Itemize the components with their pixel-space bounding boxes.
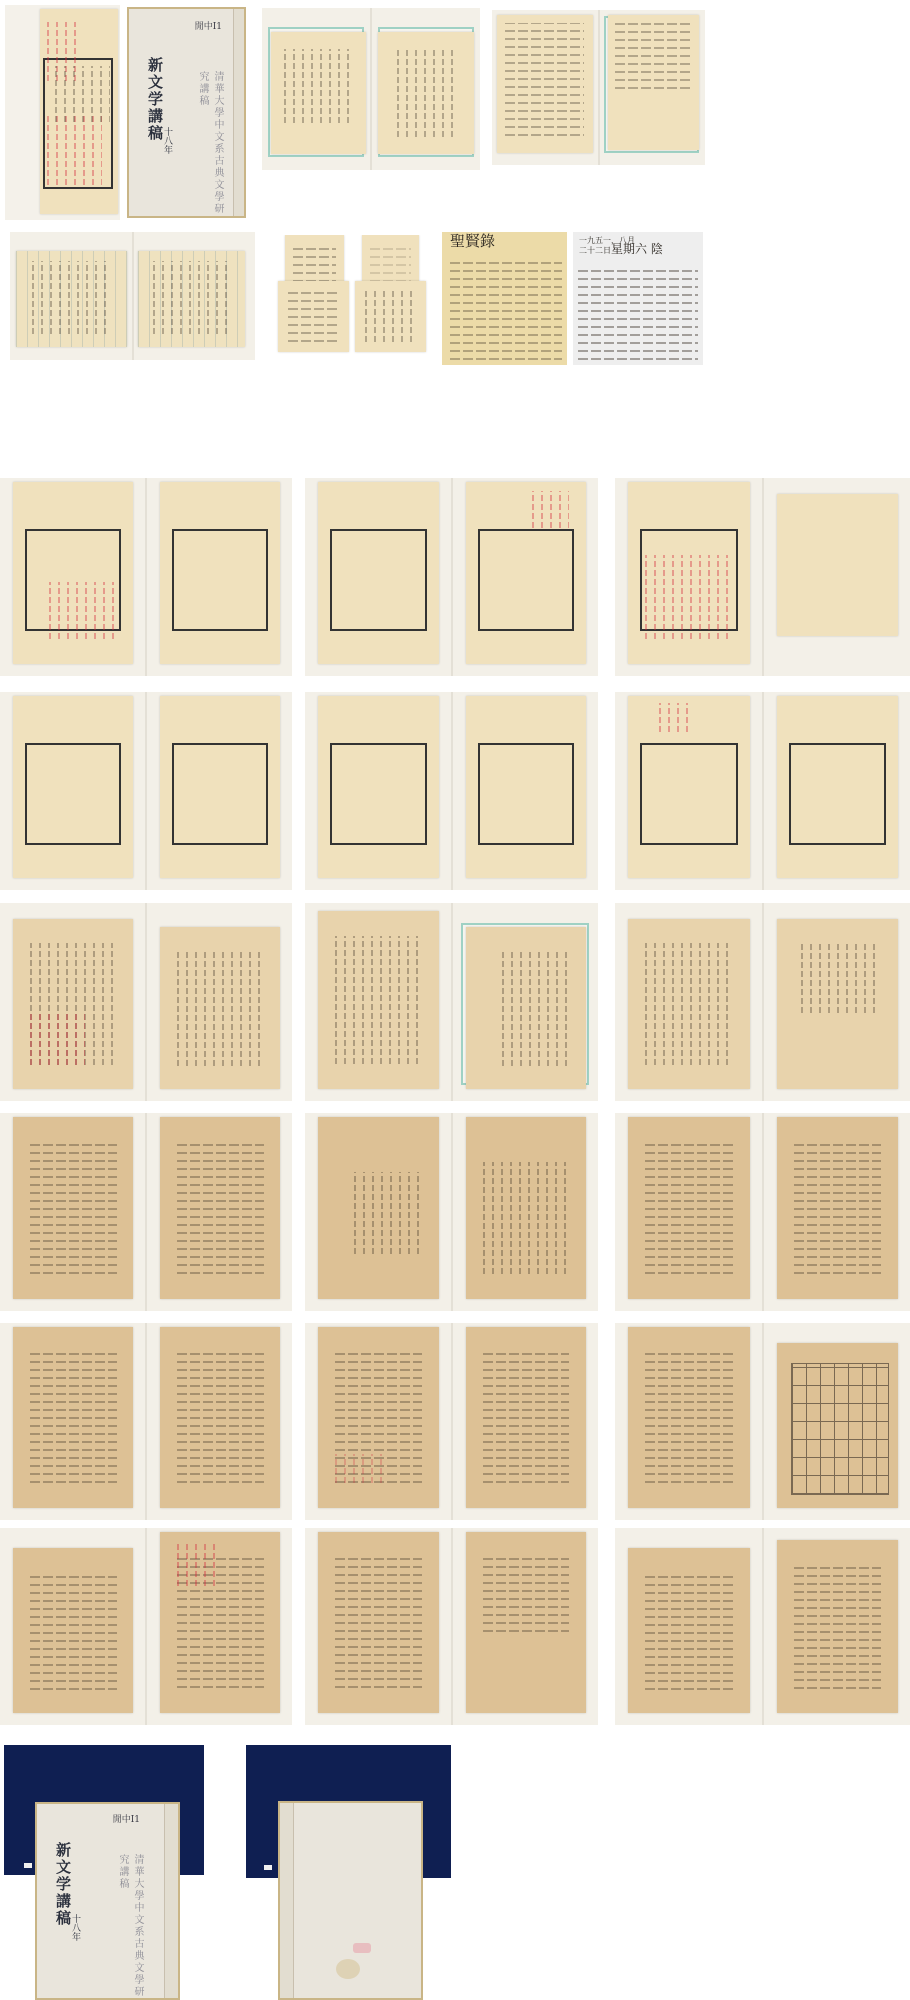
diary-day: 二十二日 <box>579 246 611 256</box>
cover-inscription: 清華大學中文系古典文學研究講稿 <box>115 1854 145 1998</box>
printed-frame <box>478 529 575 631</box>
hand-drawn-grid <box>791 1363 888 1495</box>
red-stamp-mark <box>353 1943 371 1953</box>
stain <box>336 1959 360 1979</box>
photocopied-diary-page: 一九五一，八月 二十二日 星期六 陰 <box>573 232 703 365</box>
boxed-notes-spread <box>0 1323 292 1520</box>
book-spine <box>233 9 245 216</box>
annotated-toc-page <box>5 5 120 220</box>
book-cover: 閒中I1 新文学講稿 十八年 清華大學中文系古典文學研究講稿 <box>127 7 246 218</box>
book-front-cover-on-box: 閒中I1 新文学講稿 十八年 清華大學中文系古典文學研究講稿 <box>0 1745 210 2000</box>
red-annotated-toc-spread <box>615 478 910 676</box>
cover-label: 閒中I1 <box>195 19 222 32</box>
left-leaf <box>492 10 600 165</box>
handwriting <box>284 49 352 123</box>
paper-sheet <box>271 32 366 154</box>
printed-toc-spread-5 <box>615 692 910 890</box>
printed-toc-spread-2 <box>305 478 598 676</box>
right-leaf <box>600 10 706 165</box>
book-cover-photo: 閒中I1 新文学講稿 十八年 清華大學中文系古典文學研究講稿 <box>125 5 250 220</box>
signature-practice-spread <box>615 903 910 1101</box>
left-leaf <box>10 232 134 360</box>
red-annotation <box>532 491 569 527</box>
right-leaf <box>372 8 480 170</box>
red-annotation <box>645 555 733 639</box>
right-leaf <box>134 232 256 360</box>
handwriting <box>55 66 110 121</box>
red-annotation <box>49 582 116 638</box>
printed-toc-spread-4 <box>305 692 598 890</box>
paper-sheet <box>497 15 593 153</box>
paper-sheet <box>378 32 473 154</box>
handwriting <box>615 23 689 89</box>
two-page-handwritten-spread <box>262 8 480 170</box>
lined-sheet <box>138 251 245 347</box>
book-back-cover-on-box <box>244 1745 459 2000</box>
notes-heading: 聖賢錄 <box>450 234 495 249</box>
blank-note <box>777 494 899 637</box>
cover-label: 閒中I1 <box>113 1812 140 1825</box>
annotated-handwritten-spread <box>0 903 292 1101</box>
handwriting <box>397 49 460 137</box>
grid-chart-spread <box>615 1323 910 1520</box>
red-annotation <box>47 116 102 185</box>
two-column-list-spread <box>305 1528 598 1725</box>
book-back-cover <box>278 1801 423 2000</box>
paper-sheet <box>40 9 118 213</box>
handwriting <box>153 261 230 334</box>
lined-notes-spread <box>0 1528 292 1725</box>
printed-frame <box>172 529 268 631</box>
handwriting <box>505 23 584 136</box>
outline-with-boxes-spread <box>615 1528 910 1725</box>
layered-notes-spread <box>305 1323 598 1520</box>
draft-notes-spread <box>0 1113 292 1311</box>
left-leaf <box>262 8 372 170</box>
diary-heading: 星期六 陰 <box>611 242 663 257</box>
lined-sheet <box>16 251 127 347</box>
printed-toc-spread-3 <box>0 692 292 890</box>
two-page-notes-spread <box>492 10 705 165</box>
printed-frame <box>330 529 427 631</box>
open-ledger-book <box>10 232 255 360</box>
handwriting <box>450 256 563 360</box>
printed-toc-spread-1 <box>0 478 292 676</box>
folded-sheet-spread <box>305 1113 598 1311</box>
paper-sheet <box>608 15 699 150</box>
folded-note-sheets <box>272 235 432 357</box>
yellow-notes-page: 聖賢錄 <box>442 232 567 365</box>
book-front-cover: 閒中I1 新文学講稿 十八年 清華大學中文系古典文學研究講稿 <box>35 1802 180 2000</box>
cover-volume-mark: 十八年 <box>69 1914 82 1941</box>
handwriting <box>32 261 112 334</box>
cover-volume-mark: 十八年 <box>161 127 174 154</box>
cover-inscription: 清華大學中文系古典文學研究講稿 <box>195 71 225 216</box>
vertical-column-spread <box>305 903 598 1101</box>
outline-notes-spread <box>615 1113 910 1311</box>
handwriting <box>578 265 698 359</box>
